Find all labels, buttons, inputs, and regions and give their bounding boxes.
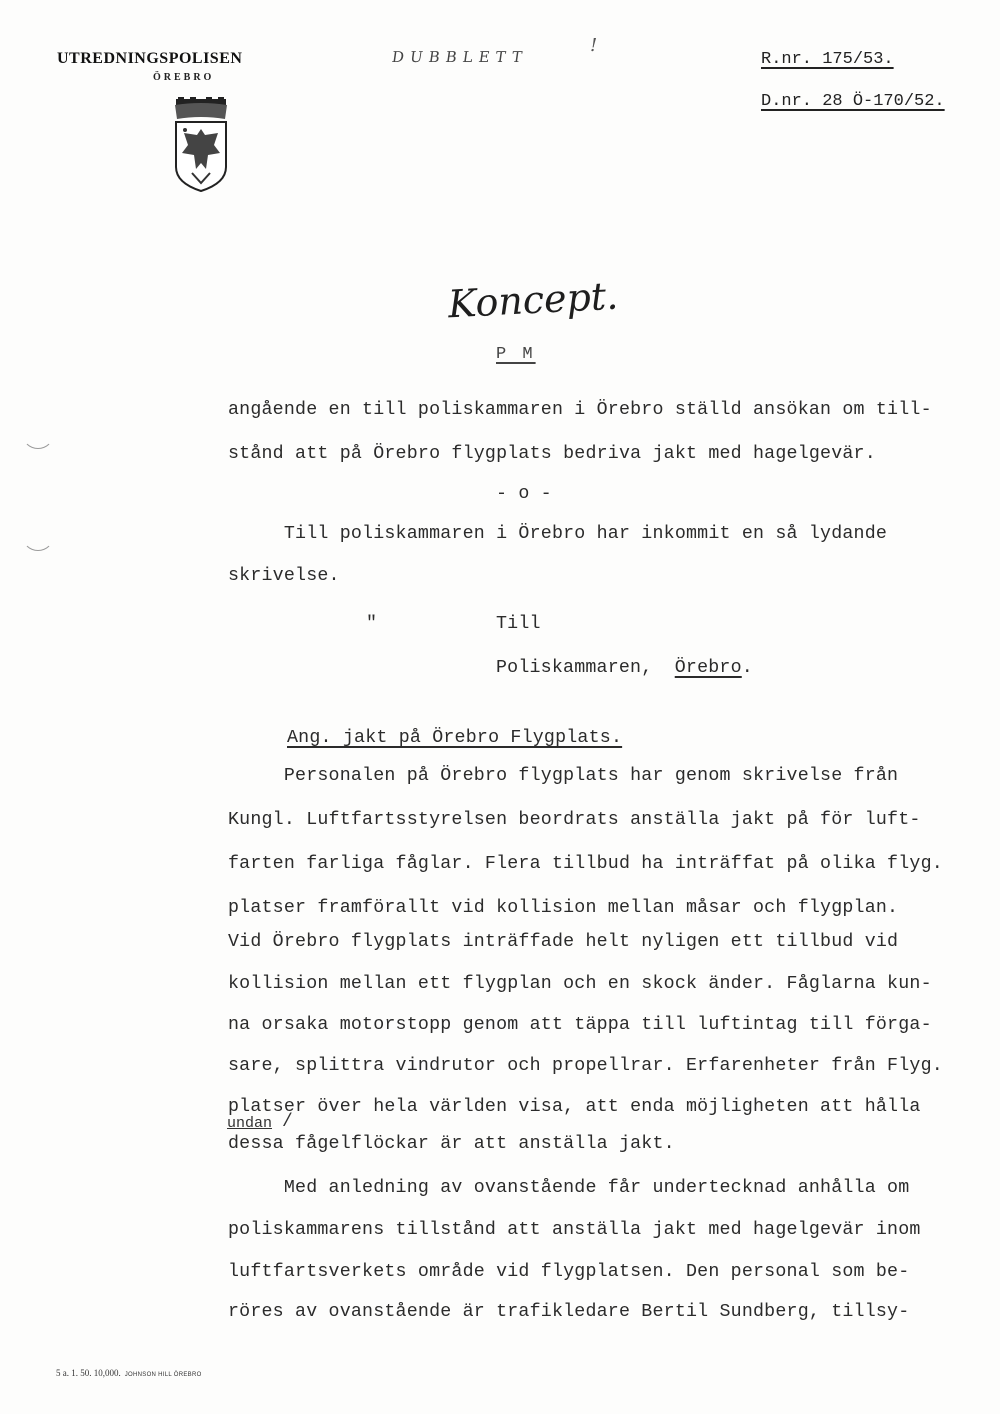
document-page: UTREDNINGSPOLISEN ÖREBRO DUBBLETT ! R.nr… [0,0,1000,1414]
body-line: röres av ovanstående är trafikledare Ber… [228,1302,909,1322]
body-line: Med anledning av ovanstående får underte… [228,1178,909,1198]
quote-mark: " [366,614,377,634]
punch-hole-mark [22,520,54,551]
recipient-name: Poliskammaren, [496,658,652,678]
letter-subject: Ang. jakt på Örebro Flygplats. [287,728,622,748]
body-line: sare, splittra vindrutor och propellrar.… [228,1056,943,1076]
letterhead-city: ÖREBRO [153,72,214,83]
body-line: kollision mellan ett flygplan och en sko… [228,974,932,994]
subject-line: angående en till poliskammaren i Örebro … [228,400,932,420]
body-line: luftfartsverkets område vid flygplatsen.… [228,1262,909,1282]
recipient-city: Örebro [675,658,742,678]
insert-mark: / [282,1112,293,1132]
intro-line: skrivelse. [228,566,340,586]
punch-hole-mark [22,418,54,449]
subject-line: stånd att på Örebro flygplats bedriva ja… [228,444,876,464]
separator: - o - [496,484,552,504]
stamp-exclamation: ! [590,35,597,56]
printer-name: JOHNSON HILL ÖREBRO [125,1372,202,1378]
address-to: Till [496,614,541,634]
coat-of-arms-icon [170,97,232,192]
document-heading: P M [496,345,536,364]
intro-line: Till poliskammaren i Örebro har inkommit… [228,524,887,544]
body-line: farten farliga fåglar. Flera tillbud ha … [228,854,943,874]
recipient-city-suffix: . [742,658,753,678]
r-number: R.nr. 175/53. [761,50,894,69]
d-number: D.nr. 28 Ö-170/52. [761,92,945,111]
body-line: Personalen på Örebro flygplats har genom… [228,766,898,786]
letterhead-title: UTREDNINGSPOLISEN [57,50,242,68]
body-line: poliskammarens tillstånd att anställa ja… [228,1220,921,1240]
body-line: na orsaka motorstopp genom att täppa til… [228,1015,932,1035]
body-line: platser över hela världen visa, att enda… [228,1097,921,1117]
body-line: Kungl. Luftfartsstyrelsen beordrats anst… [228,810,921,830]
body-line: platser framförallt vid kollision mellan… [228,898,898,918]
dubblett-stamp: DUBBLETT [391,48,529,66]
address-recipient: Poliskammaren, Örebro. [496,658,753,678]
handwritten-insert: undan [227,1115,272,1132]
body-line: Vid Örebro flygplats inträffade helt nyl… [228,932,898,952]
handwritten-koncept: Koncept. [447,274,619,327]
body-line: dessa fågelflöckar är att anställa jakt. [228,1134,675,1154]
print-footer: 5 a. 1. 50. 10,000.JOHNSON HILL ÖREBRO [56,1368,202,1378]
print-code: 5 a. 1. 50. 10,000. [56,1368,121,1378]
